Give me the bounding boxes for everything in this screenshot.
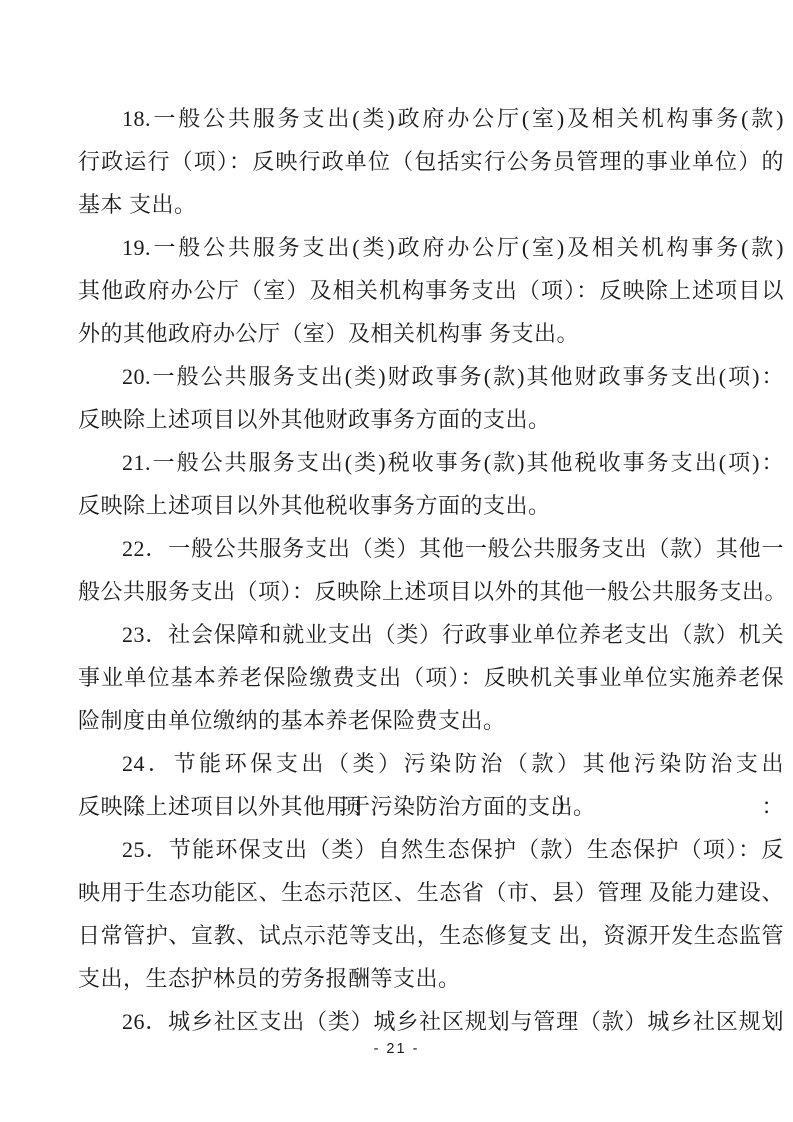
text-line: 支出，生态护林员的劳务报酬等支出。 (78, 957, 784, 1000)
paragraph: 22．一般公共服务支出（类）其他一般公共服务支出（款）其他一般公共服务支出（项）… (78, 527, 784, 613)
text-line: 映用于生态功能区、生态示范区、生态省（市、县）管理 及能力建设、 (78, 871, 784, 914)
paragraph: 23．社会保障和就业支出（类）行政事业单位养老支出（款）机关事业单位基本养老保险… (78, 613, 784, 742)
text-line: 22．一般公共服务支出（类）其他一般公共服务支出（款）其他一 (78, 527, 784, 570)
text-line: 18.一般公共服务支出(类)政府办公厅(室)及相关机构事务(款) (78, 97, 784, 140)
text-line: 21.一般公共服务支出(类)税收事务(款)其他税收事务支出(项)： (78, 441, 784, 484)
text-line: 基本 支出。 (78, 183, 784, 226)
text-line: 20.一般公共服务支出(类)财政事务(款)其他财政事务支出(项)： (78, 355, 784, 398)
document-page: 18.一般公共服务支出(类)政府办公厅(室)及相关机构事务(款)行政运行（项）：… (0, 0, 793, 1122)
paragraph: 24．节能环保支出（类）污染防治（款）其他污染防治支出（项）：反映除上述项目以外… (78, 742, 784, 828)
paragraph: 20.一般公共服务支出(类)财政事务(款)其他财政事务支出(项)：反映除上述项目… (78, 355, 784, 441)
document-body: 18.一般公共服务支出(类)政府办公厅(室)及相关机构事务(款)行政运行（项）：… (78, 97, 784, 1043)
text-line: 反映除上述项目以外其他税收事务方面的支出。 (78, 484, 784, 527)
text-line: 险制度由单位缴纳的基本养老保险费支出。 (78, 699, 784, 742)
text-line: 外的其他政府办公厅（室）及相关机构事 务支出。 (78, 312, 784, 355)
text-line: 23．社会保障和就业支出（类）行政事业单位养老支出（款）机关 (78, 613, 784, 656)
text-line: 行政运行（项）：反映行政单位（包括实行公务员管理的事业单位）的 (78, 140, 784, 183)
paragraph: 26．城乡社区支出（类）城乡社区规划与管理（款）城乡社区规划 (78, 1000, 784, 1043)
text-line: 反映除上述项目以外其他财政事务方面的支出。 (78, 398, 784, 441)
paragraph: 25．节能环保支出（类）自然生态保护（款）生态保护（项）：反映用于生态功能区、生… (78, 828, 784, 1000)
paragraph: 18.一般公共服务支出(类)政府办公厅(室)及相关机构事务(款)行政运行（项）：… (78, 97, 784, 226)
text-line: 19.一般公共服务支出(类)政府办公厅(室)及相关机构事务(款) (78, 226, 784, 269)
text-line: 25．节能环保支出（类）自然生态保护（款）生态保护（项）：反 (78, 828, 784, 871)
text-line: 事业单位基本养老保险缴费支出（项）：反映机关事业单位实施养老保 (78, 656, 784, 699)
text-line: 般公共服务支出（项）：反映除上述项目以外的其他一般公共服务支出。 (78, 570, 784, 613)
paragraph: 19.一般公共服务支出(类)政府办公厅(室)及相关机构事务(款)其他政府办公厅（… (78, 226, 784, 355)
paragraph: 21.一般公共服务支出(类)税收事务(款)其他税收事务支出(项)：反映除上述项目… (78, 441, 784, 527)
text-line: 其他政府办公厅（室）及相关机构事务支出（项）：反映除上述项目以 (78, 269, 784, 312)
text-line: 日常管护、宣教、试点示范等支出，生态修复支 出，资源开发生态监管 (78, 914, 784, 957)
text-line: 24．节能环保支出（类）污染防治（款）其他污染防治支出（项）： (78, 742, 784, 785)
page-number: - 21 - (0, 1038, 793, 1060)
text-line: 26．城乡社区支出（类）城乡社区规划与管理（款）城乡社区规划 (78, 1000, 784, 1043)
